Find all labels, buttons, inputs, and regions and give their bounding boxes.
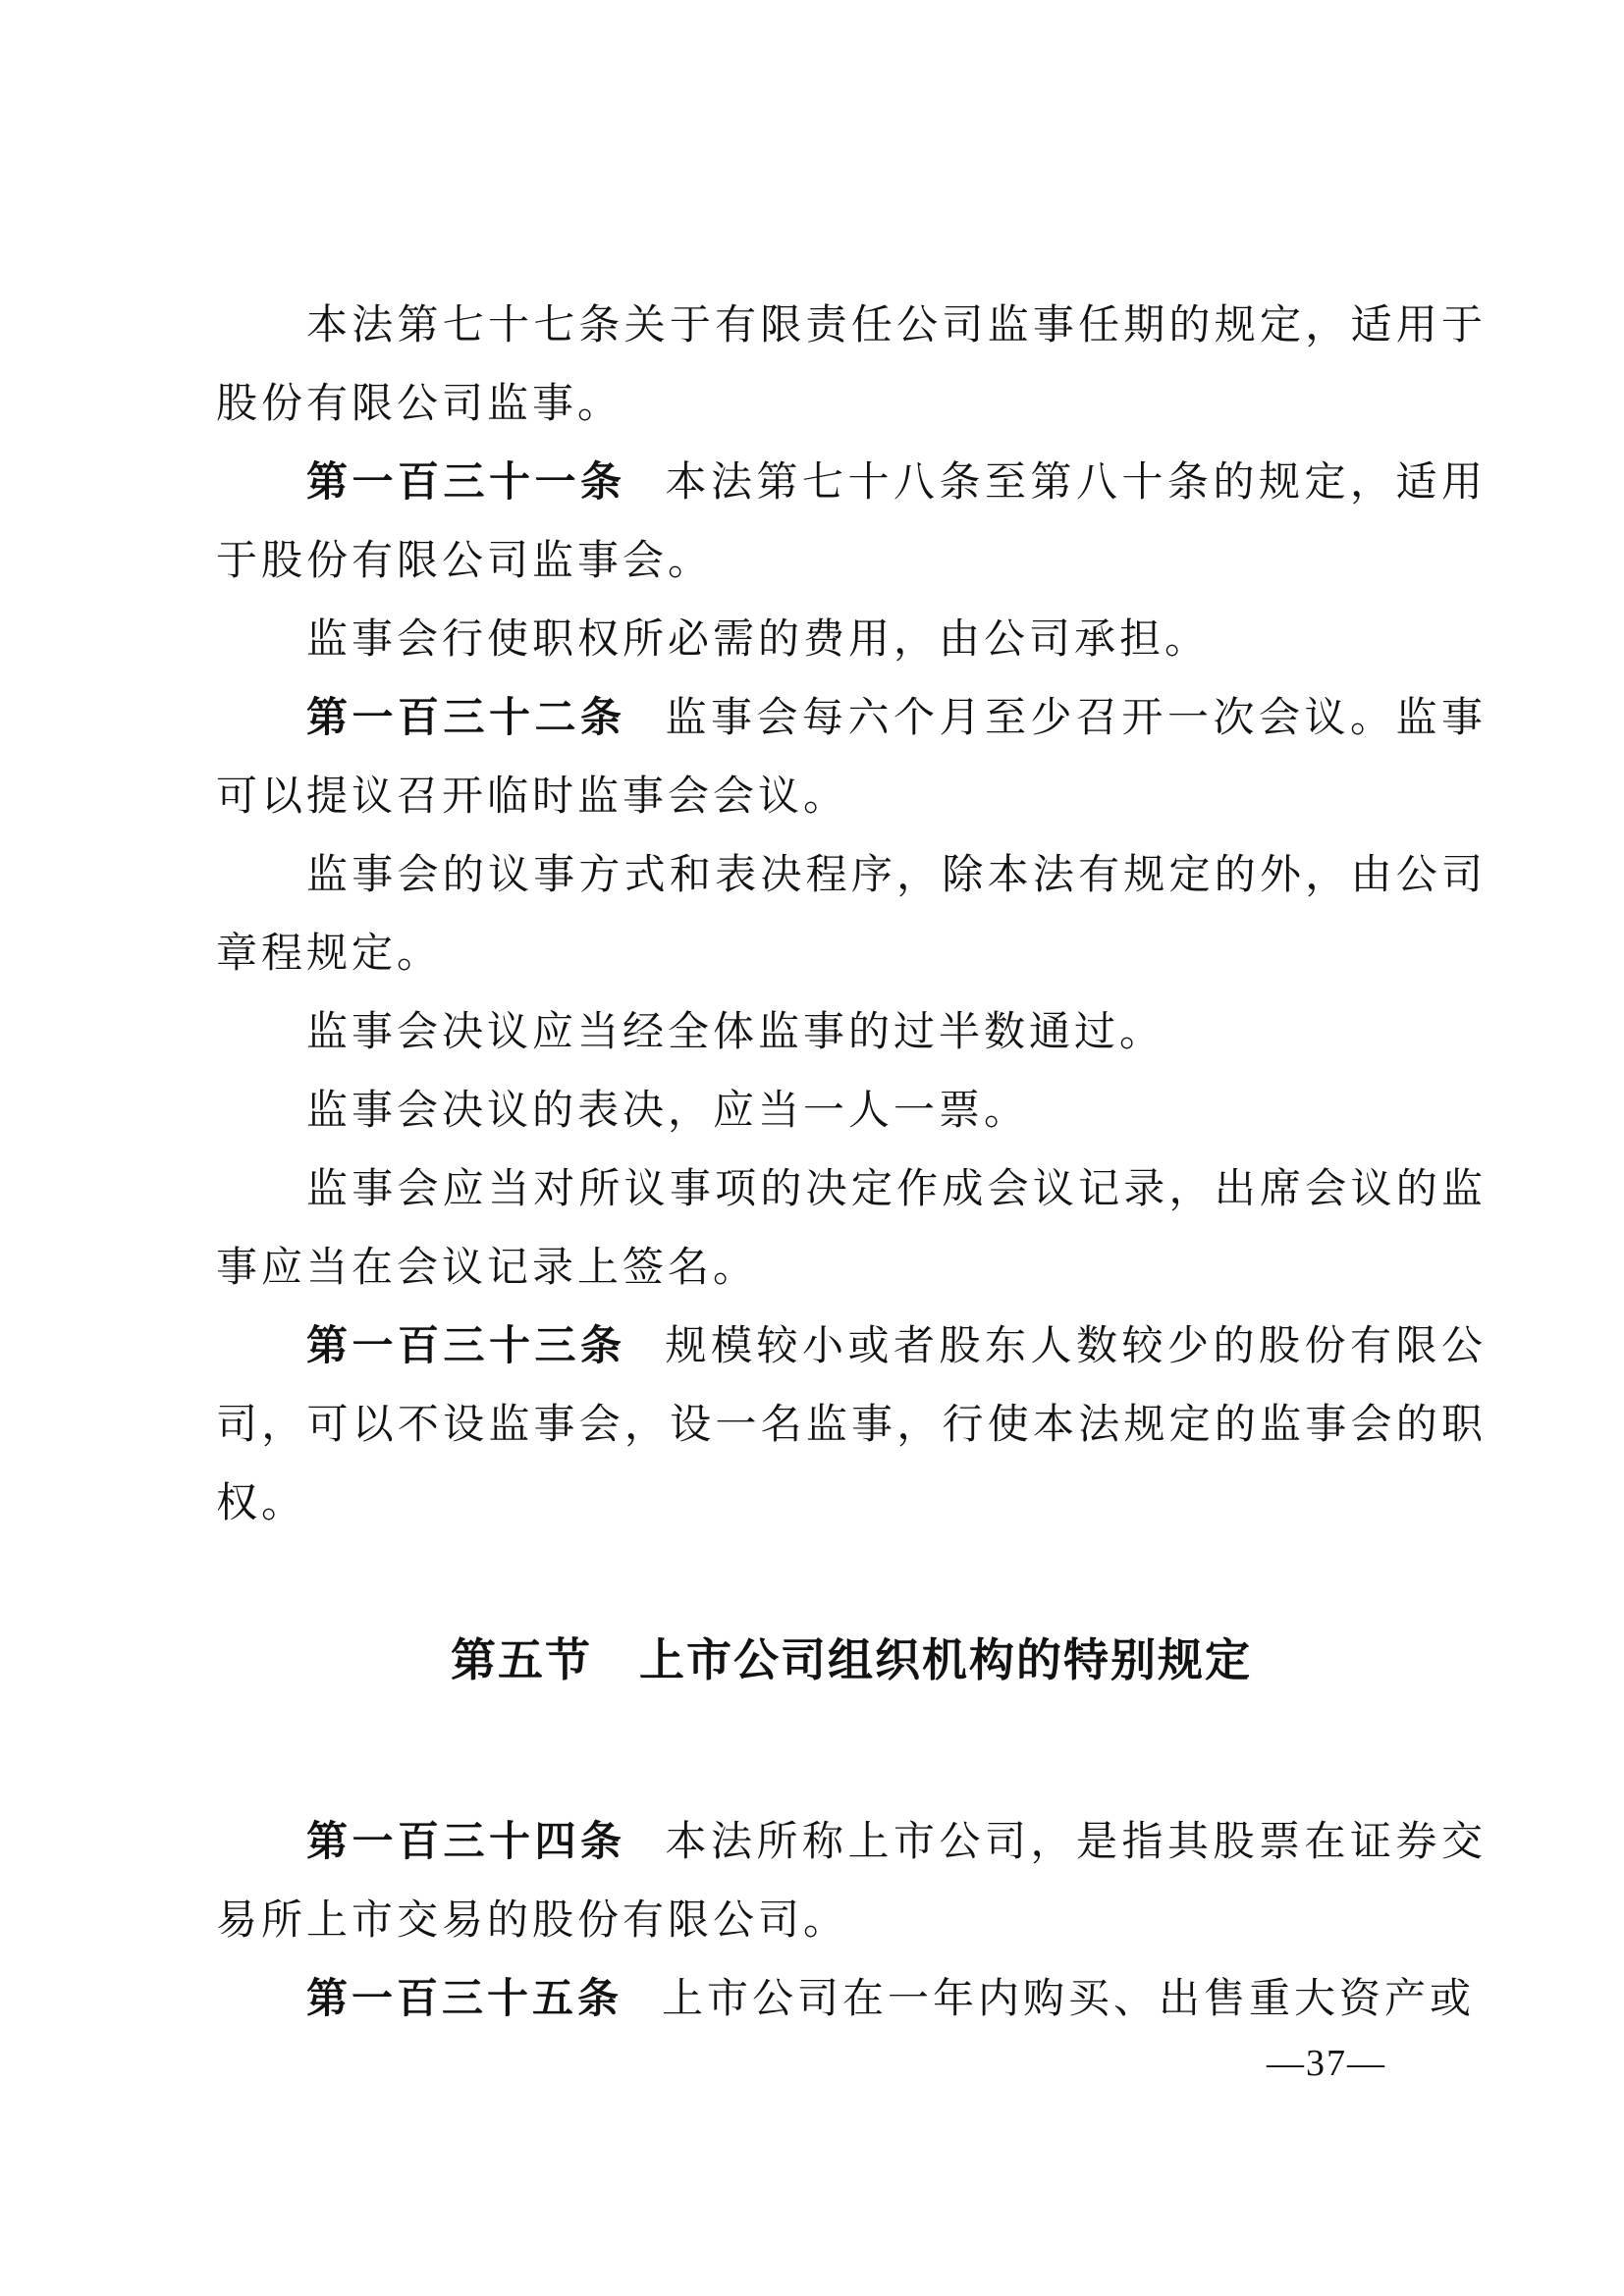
paragraph: 第一百三十三条规模较小或者股东人数较少的股份有限公司，可以不设监事会，设一名监事…: [216, 1308, 1487, 1543]
paragraph: 监事会应当对所议事项的决定作成会议记录，出席会议的监事应当在会议记录上签名。: [216, 1150, 1487, 1308]
document-body: 本法第七十七条关于有限责任公司监事任期的规定，适用于股份有限公司监事。第一百三十…: [216, 287, 1487, 2039]
paragraph: 监事会行使职权所必需的费用，由公司承担。: [216, 601, 1487, 679]
section-heading: 第五节 上市公司组织机构的特别规定: [216, 1622, 1487, 1700]
article-number: 第一百三十四条: [306, 1820, 626, 1865]
page-number: —37—: [1267, 2042, 1386, 2085]
document-page: 本法第七十七条关于有限责任公司监事任期的规定，适用于股份有限公司监事。第一百三十…: [0, 0, 1624, 2296]
article-number: 第一百三十五条: [306, 1977, 623, 2022]
article-number: 第一百三十二条: [306, 696, 626, 741]
paragraph: 第一百三十五条上市公司在一年内购买、出售重大资产或: [216, 1960, 1487, 2039]
paragraph: 第一百三十二条监事会每六个月至少召开一次会议。监事可以提议召开临时监事会会议。: [216, 679, 1487, 836]
paragraph: 第一百三十一条本法第七十八条至第八十条的规定，适用于股份有限公司监事会。: [216, 444, 1487, 601]
paragraph: 监事会决议应当经全体监事的过半数通过。: [216, 993, 1487, 1072]
paragraph: 监事会决议的表决，应当一人一票。: [216, 1072, 1487, 1150]
paragraph: 本法第七十七条关于有限责任公司监事任期的规定，适用于股份有限公司监事。: [216, 287, 1487, 444]
paragraph: 第一百三十四条本法所称上市公司，是指其股票在证券交易所上市交易的股份有限公司。: [216, 1803, 1487, 1960]
article-number: 第一百三十一条: [306, 460, 626, 506]
article-number: 第一百三十三条: [306, 1324, 626, 1369]
paragraph: 监事会的议事方式和表决程序，除本法有规定的外，由公司章程规定。: [216, 836, 1487, 993]
